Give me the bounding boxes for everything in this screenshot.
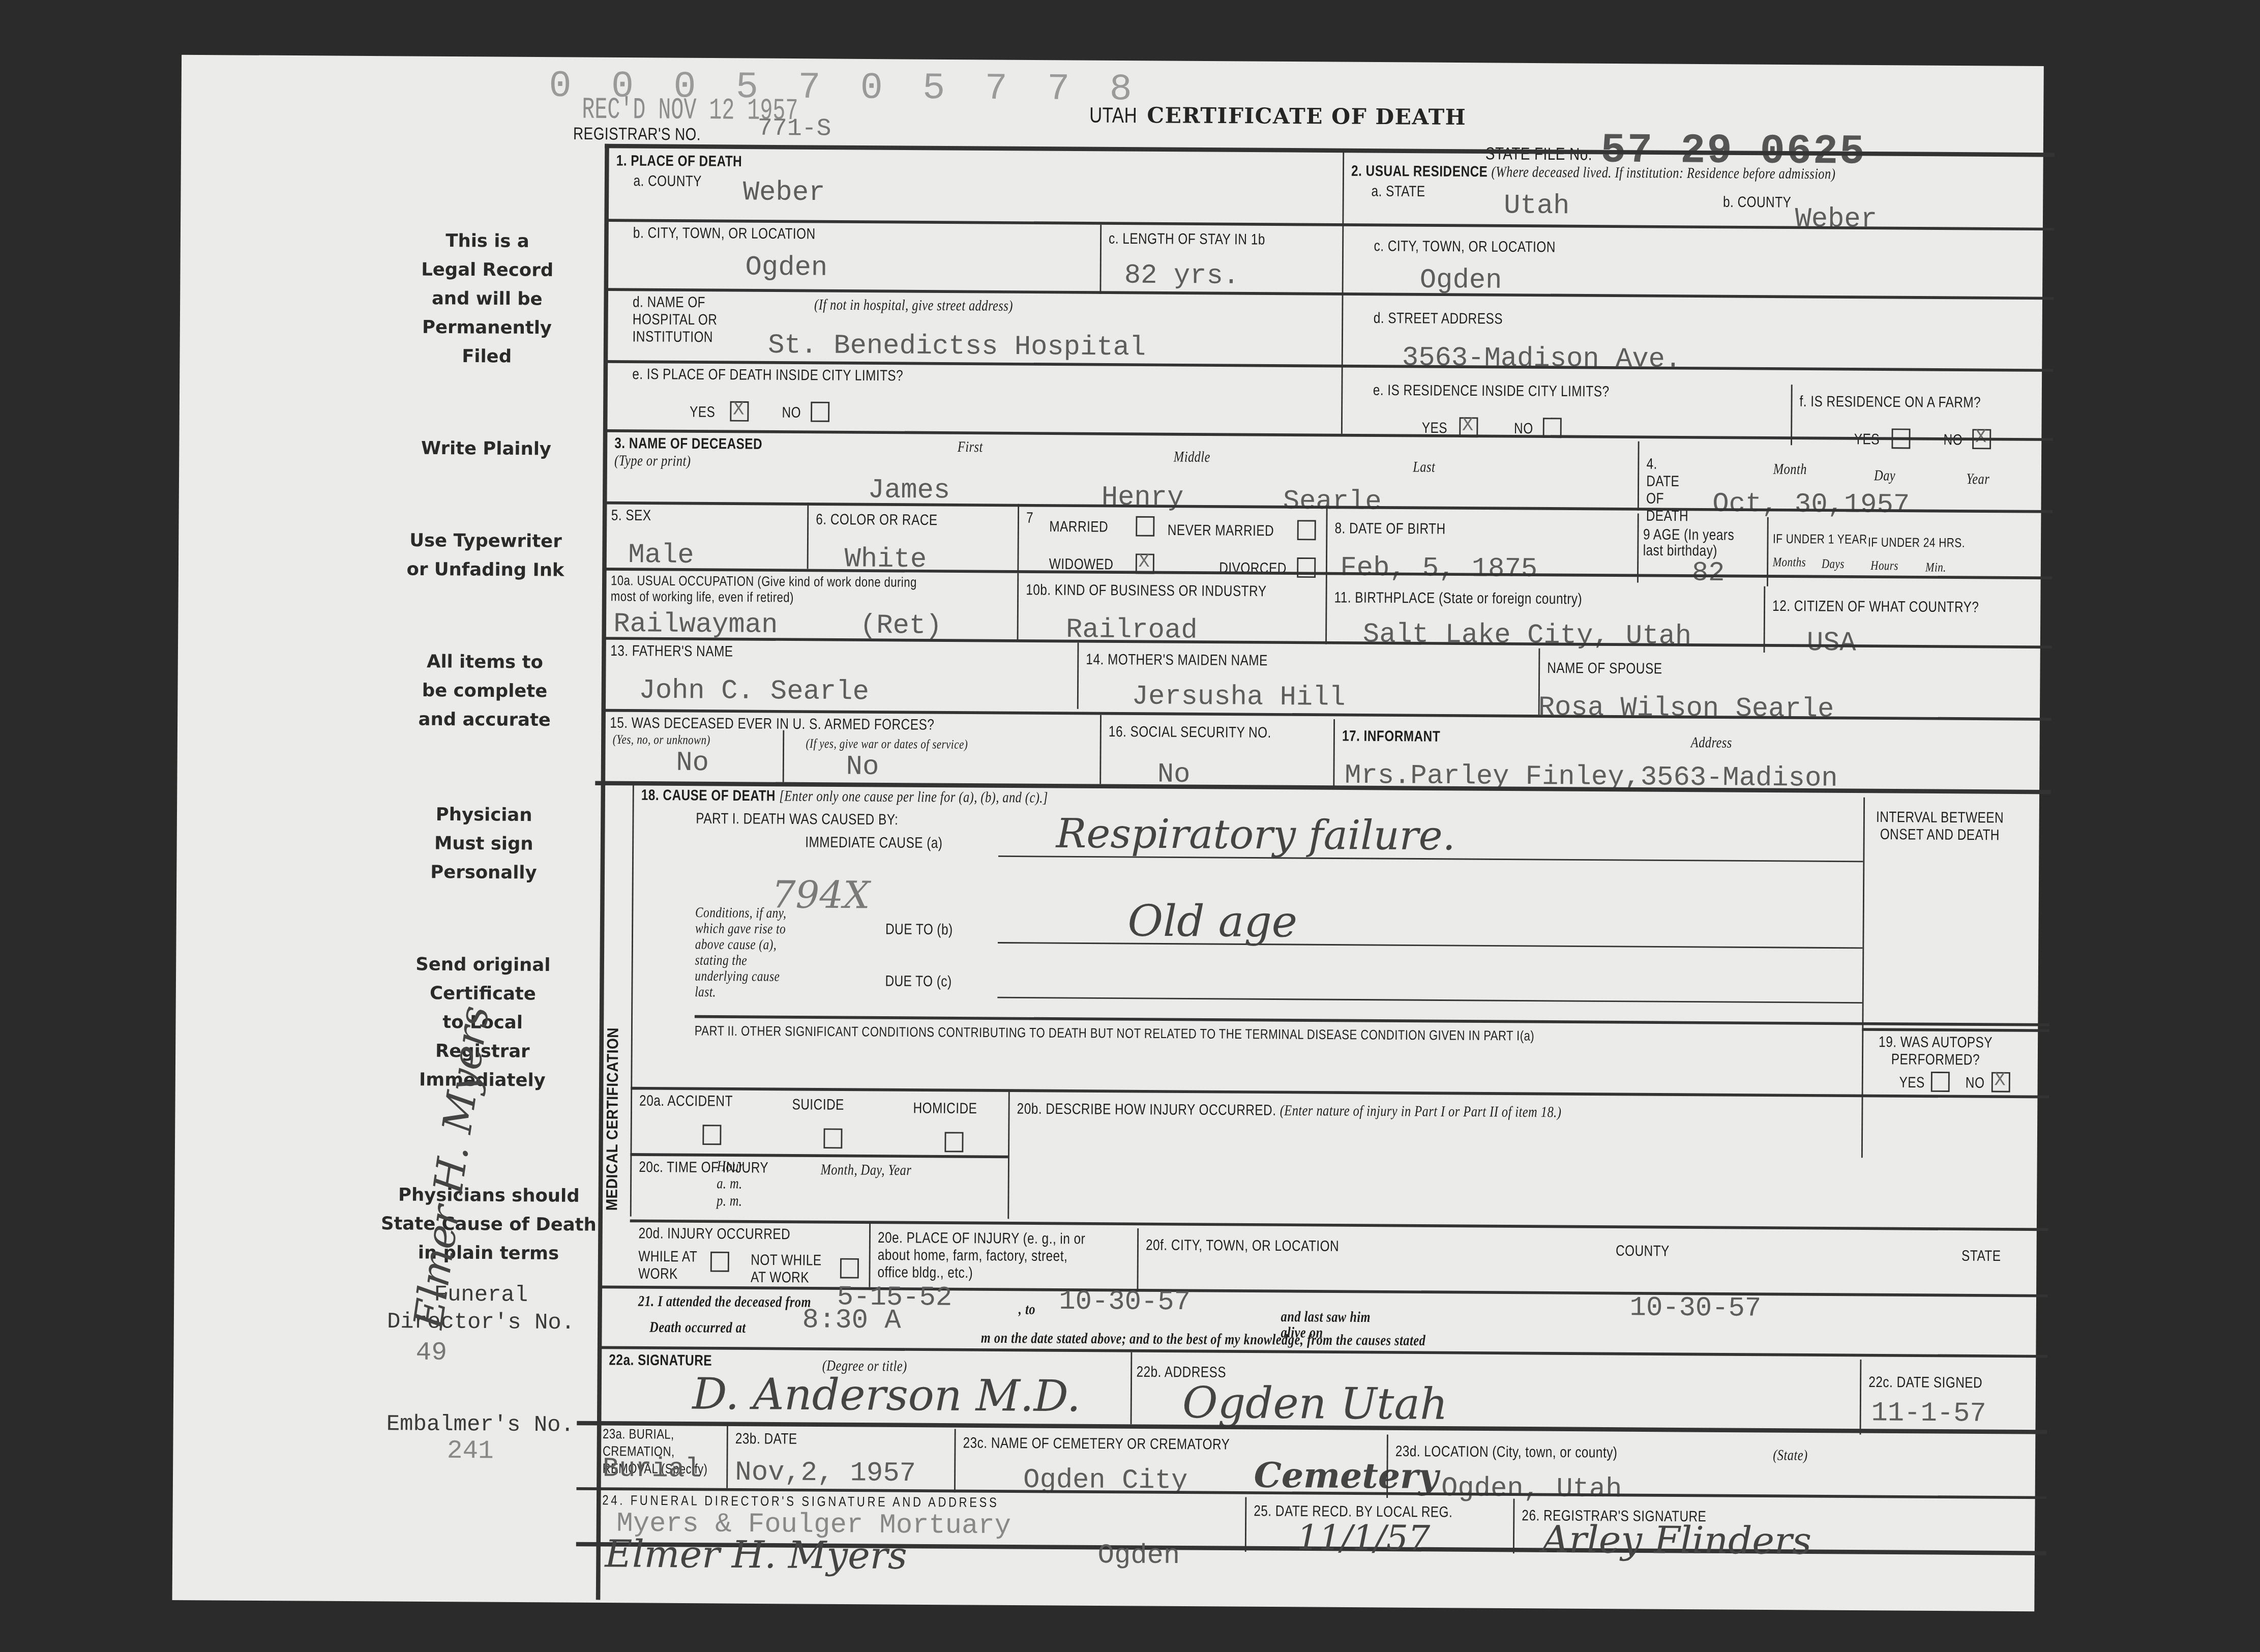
note-physician-sign: Physician Must sign Personally [361,800,607,888]
label-text: 3. NAME OF DECEASED [614,435,762,453]
note-typewriter: Use Typewriter or Unfading Ink [363,526,608,585]
divider [1245,1497,1246,1552]
hours-label: Hours [1870,558,1898,573]
city-value: Ogden [745,251,827,283]
registrar-no-label: REGISTRAR'S NO. [573,124,701,144]
armed-forces-service: No [846,751,879,783]
race-label: 6. COLOR OR RACE [816,511,938,529]
divider [1326,509,1328,578]
cause-label: 18. CAUSE OF DEATH [Enter only one cause… [641,787,1048,807]
divider [1860,1360,1862,1434]
note-text: All items to be complete and accurate [419,650,551,730]
armed-forces-label: 15. WAS DECEASED EVER IN U. S. ARMED FOR… [610,715,934,734]
divider [807,503,809,569]
note-text: Physician Must sign Personally [430,803,537,883]
hint-text: [Enter only one cause per line for (a), … [779,789,1048,807]
no-label: NO [782,404,801,422]
label-text: 17. INFORMANT [1342,728,1440,746]
never-married-label: NEVER MARRIED [1168,522,1274,540]
injury-state-label: STATE [1961,1248,2001,1265]
citizen-value: USA [1807,627,1856,659]
hospital-hint: (If not in hospital, give street address… [814,298,1013,315]
day-label: Day [1874,469,1895,485]
age-label: 9 AGE (In years last birthday) [1643,528,1745,560]
sex-value: Male [628,539,694,571]
ssn-label: 16. SOCIAL SECURITY NO. [1109,724,1271,742]
last-label: Last [1413,460,1435,476]
immediate-cause-label: IMMEDIATE CAUSE (a) [805,834,942,852]
label-text: 20b. DESCRIBE HOW INJURY OCCURRED. [1017,1101,1276,1119]
note-text: Write Plainly [421,437,551,459]
label-text: 2. USUAL RESIDENCE [1351,163,1488,181]
inside-city-no-checkbox[interactable] [811,402,829,422]
accident-checkbox[interactable] [702,1125,721,1145]
res-street-label: d. STREET ADDRESS [1374,310,1503,329]
divider [1637,513,1639,582]
place-of-death-label: 1. PLACE OF DEATH [616,153,742,171]
while-work-label: WHILE AT WORK [638,1248,698,1283]
divider [1131,1352,1133,1425]
attended-label: 21. I attended the deceased from [638,1294,811,1311]
dob-value: Feb, 5, 1875 [1340,552,1537,585]
industry-label: 10b. KIND OF BUSINESS OR INDUSTRY [1026,582,1266,601]
label-text: p. m. [717,1194,742,1210]
burial-method: Burial [603,1453,701,1485]
hour-label: Houra. m.p. m. [717,1159,744,1211]
burial-state-label: (State) [1773,1449,1807,1465]
divider [630,784,634,1217]
suicide-checkbox[interactable] [823,1128,842,1148]
res-state-value: Utah [1504,190,1570,222]
label-text: INSTITUTION [633,329,713,346]
divider [783,730,784,782]
note-complete: All items to be complete and accurate [362,647,608,735]
divider [1017,573,1019,639]
part1-label: PART I. DEATH WAS CAUSED BY: [696,810,898,829]
divider [869,1224,871,1287]
middle-label: Middle [1174,450,1210,466]
funeral-city: Ogden [1097,1540,1180,1572]
hint-text: (Where deceased lived. If institution: R… [1492,165,1836,183]
father-value: John C. Searle [639,674,869,707]
res-county-label: b. COUNTY [1723,194,1792,212]
under-24-label: IF UNDER 24 HRS. [1868,535,1965,550]
divider [1325,578,1327,644]
divider [1137,1228,1139,1292]
scan-background: 0 0 0 5 7 0 5 7 7 8 REC'D NOV 12 1957 RE… [0,0,2260,1652]
label-text: HOSPITAL OR [633,311,718,329]
label-text: a. m. [717,1177,742,1193]
occurred-at-value: 8:30 A [802,1304,901,1337]
divider [1017,504,1019,570]
yes-label: YES [1899,1074,1924,1091]
label-text: 22a. SIGNATURE [609,1352,712,1370]
interval-label: INTERVAL BETWEEN ONSET AND DEATH [1875,809,2005,845]
divider [954,1429,956,1493]
divider [1638,441,1640,511]
last-saw-value: 10-30-57 [1629,1292,1761,1324]
cause-c-line [997,997,1862,1004]
immediate-cause-value: Respiratory failure. [1056,810,1455,860]
res-county-value: Weber [1795,203,1877,235]
attended-to: 10-30-57 [1059,1285,1191,1318]
informant-label: 17. INFORMANT [1342,728,1440,746]
embalmer-no-label: Embalmer's No. [343,1411,617,1440]
autopsy-no-checkbox[interactable] [1991,1072,2010,1093]
farm-label: f. IS RESIDENCE ON A FARM? [1800,393,1981,411]
physician-address: Ogden Utah [1182,1378,1448,1430]
dob-label: 8. DATE OF BIRTH [1334,520,1445,538]
father-label: 13. FATHER'S NAME [610,643,733,661]
time-of-injury-label: 20c. TIME OF INJURY [639,1159,768,1177]
county-value: Weber [743,176,825,209]
divider [1077,642,1079,709]
autopsy-yes-checkbox[interactable] [1931,1072,1950,1092]
burial-date-label: 23b. DATE [735,1431,797,1449]
injury-county-label: COUNTY [1616,1243,1670,1260]
label-text: d. NAME OF [633,294,705,312]
divider [1861,798,1865,1158]
citizen-label: 12. CITIZEN OF WHAT COUNTRY? [1772,598,1979,616]
county-label: a. COUNTY [633,173,702,191]
divider [1333,719,1335,788]
divider [601,1286,2048,1297]
not-work-label: NOT WHILE AT WORK [751,1252,822,1287]
inside-city-yes-checkbox[interactable] [730,401,749,422]
year-label: Year [1966,472,1989,488]
date-recd-value: 11/1/57 [1297,1518,1431,1559]
res-street-value: 3563-Madison Ave. [1402,342,1682,375]
funeral-director-no-label: Funeral Director's No. [344,1281,618,1338]
part2-label: PART II. OTHER SIGNIFICANT CONDITIONS CO… [695,1024,1535,1045]
hospital-value: St. Benedictss Hospital [768,330,1146,364]
title-prefix: UTAH [1089,104,1137,129]
stay-label: c. LENGTH OF STAY IN 1b [1109,230,1265,249]
divider [1862,1028,2049,1032]
occurred-at-label: Death occurred at [649,1320,746,1337]
res-state-label: a. STATE [1371,183,1425,201]
while-work-checkbox[interactable] [710,1252,729,1272]
never-married-checkbox[interactable] [1297,520,1316,540]
embalmer-no: 241 [447,1437,494,1466]
note-plain-terms: Physicians should State Cause of Death i… [344,1180,633,1268]
conditions-hint: Conditions, if any, which gave rise to a… [695,905,801,1001]
divider [1513,1499,1514,1554]
armed-forces-hint-1: (Yes, no, or unknown) [613,732,710,747]
due-to-b-label: DUE TO (b) [885,921,953,939]
note-text: Physicians should State Cause of Death i… [381,1184,597,1264]
months-label: Months [1773,554,1806,569]
death-certificate: 0 0 0 5 7 0 5 7 7 8 REC'D NOV 12 1957 RE… [172,55,2044,1612]
funeral-director-signature: Elmer H. Myers [605,1533,907,1579]
deceased-name-label: 3. NAME OF DECEASED(Type or print) [614,435,762,472]
divider [1099,715,1102,784]
spouse-value: Rosa Wilson Searle [1538,692,1834,725]
funeral-director-no: 49 [415,1339,447,1368]
city-label: b. CITY, TOWN, OR LOCATION [633,225,816,243]
homicide-checkbox[interactable] [944,1132,963,1153]
no-label: NO [1966,1075,1985,1092]
medical-certification-label: MEDICAL CERTIFICATION [604,1027,622,1211]
under-1-year-label: IF UNDER 1 YEAR [1773,532,1867,546]
hospital-label: d. NAME OFHOSPITAL ORINSTITUTION [633,294,718,346]
to-label: , to [1019,1303,1035,1318]
divider [606,429,2054,441]
yes-label: YES [690,404,715,421]
res-city-label: c. CITY, TOWN, OR LOCATION [1374,238,1556,256]
place-of-injury-label: 20e. PLACE OF INJURY (e. g., in or about… [877,1229,1090,1283]
registrar-no: 771-S [758,116,831,144]
birthplace-label: 11. BIRTHPLACE (State or foreign country… [1334,589,1583,608]
divider [631,1153,1008,1158]
middle-name: Henry [1102,481,1184,513]
not-work-checkbox[interactable] [840,1258,859,1279]
first-label: First [958,440,983,456]
note-write-plainly: Write Plainly [364,433,609,464]
divider [1099,225,1102,294]
registrar-signature: Arley Flinders [1542,1519,1812,1564]
death-date: Oct, 30,1957 [1712,488,1910,521]
autopsy-label: 19. WAS AUTOPSY PERFORMED? [1870,1034,2001,1070]
note-text: This is a Legal Record and will be Perma… [421,229,553,367]
divider [1764,586,1766,653]
armed-forces-value: No [676,747,709,779]
divider [726,1425,728,1488]
married-checkbox[interactable] [1136,516,1154,537]
first-name: James [868,474,950,506]
cemetery-label: 23c. NAME OF CEMETERY OR CREMATORY [963,1435,1230,1454]
marital-label: 7 [1026,510,1033,527]
inside-city-label: e. IS PLACE OF DEATH INSIDE CITY LIMITS? [632,366,903,385]
label-text: 18. CAUSE OF DEATH [641,787,776,805]
burial-location: Ogden, Utah [1441,1472,1622,1506]
date-signed-label: 22c. DATE SIGNED [1868,1374,1982,1392]
res-inside-city-label: e. IS RESIDENCE INSIDE CITY LIMITS? [1373,382,1610,401]
occupation-label: 10a. USUAL OCCUPATION (Give kind of work… [611,574,942,607]
burial-date: Nov,2, 1957 [735,1457,916,1490]
divider [630,1219,2048,1231]
death-date-label: 4. DATE OF DEATH [1646,456,1694,525]
birthplace-value: Salt Lake City, Utah [1363,618,1692,652]
address-label: Address [1691,736,1732,752]
date-signed-value: 11-1-57 [1871,1397,1986,1430]
min-label: Min. [1925,560,1946,575]
signature-label: 22a. SIGNATURE [609,1352,712,1370]
mdy-label: Month, Day, Year [820,1163,911,1179]
married-label: MARRIED [1049,518,1108,536]
days-label: Days [1822,556,1845,571]
label-text: Hour [717,1159,744,1175]
hint-text: (Type or print) [614,454,691,470]
note-text: Use Typewriter or Unfading Ink [407,529,564,580]
age-value: 82 [1692,557,1725,589]
physician-signature: D. Anderson M.D. [692,1370,1081,1423]
due-to-b-value: Old age [1127,897,1297,948]
last-name: Searle [1283,485,1382,518]
accident-label: 20a. ACCIDENT [639,1093,733,1110]
burial-location-label: 23d. LOCATION (City, town, or county) [1395,1443,1618,1462]
month-label: Month [1773,462,1807,479]
hint-text: (Enter nature of injury in Part I or Par… [1280,1104,1562,1122]
note-legal-record: This is a Legal Record and will be Perma… [364,226,610,371]
res-city-value: Ogden [1420,264,1502,296]
armed-forces-hint-2: (If yes, give war or dates of service) [806,736,968,751]
spouse-label: NAME OF SPOUSE [1547,660,1662,677]
mother-value: Jersusha Hill [1132,681,1345,714]
injury-city-label: 20f. CITY, TOWN, OR LOCATION [1146,1237,1339,1255]
homicide-label: HOMICIDE [913,1100,977,1118]
sex-label: 5. SEX [611,507,651,524]
mother-label: 14. MOTHER'S MAIDEN NAME [1086,652,1268,670]
injury-occurred-label: 20d. INJURY OCCURRED [638,1225,790,1244]
document-title: CERTIFICATE OF DEATH [1147,102,1466,130]
usual-residence-label: 2. USUAL RESIDENCE (Where deceased lived… [1351,163,1835,183]
due-to-c-label: DUE TO (c) [885,973,951,991]
statement-text: m on the date stated above; and to the b… [981,1331,1425,1350]
suicide-label: SUICIDE [792,1097,844,1114]
divorced-label: DIVORCED [1219,560,1287,578]
stay-value: 82 yrs. [1124,259,1240,292]
label-text: 1. PLACE OF DEATH [616,153,742,171]
describe-label: 20b. DESCRIBE HOW INJURY OCCURRED. (Ente… [1017,1101,1562,1122]
